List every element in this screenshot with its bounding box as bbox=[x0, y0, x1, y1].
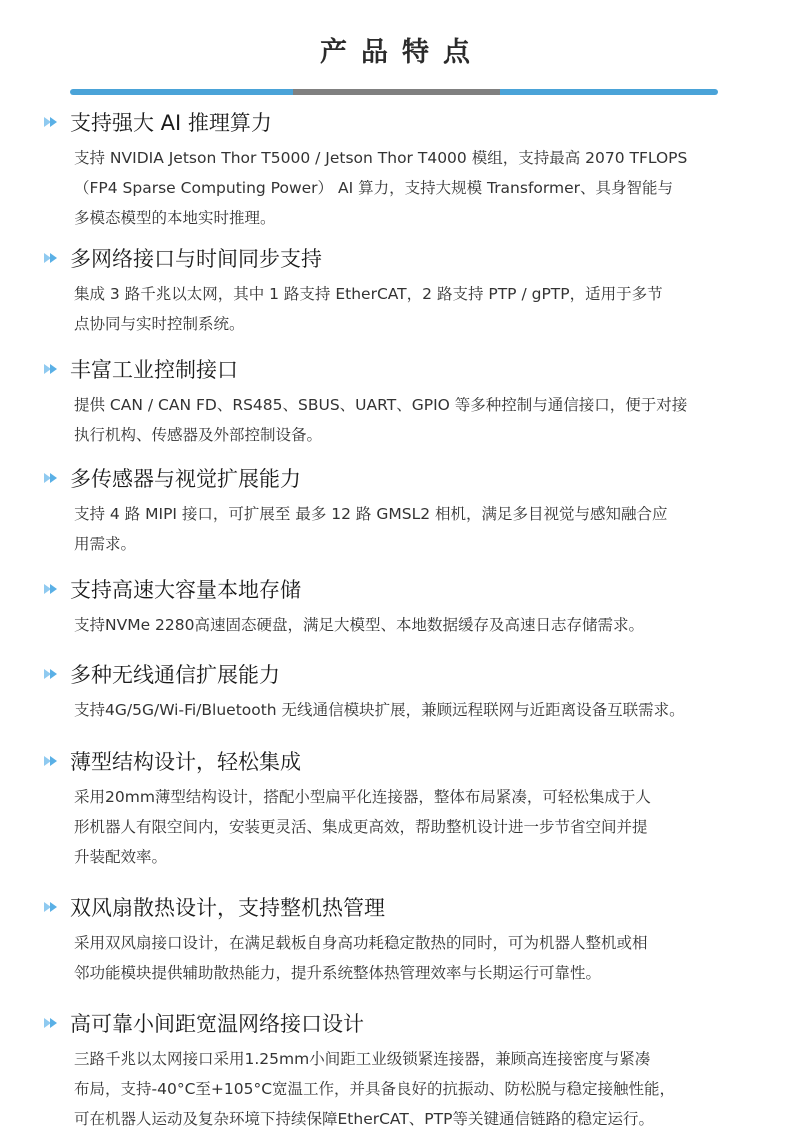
feature-title: 丰富工业控制接口 bbox=[70, 354, 238, 384]
fast-forward-icon bbox=[44, 756, 60, 766]
page-title: 产品特点 bbox=[0, 30, 790, 69]
feature-thin-design: 薄型结构设计，轻松集成 采用20mm薄型结构设计，搭配小型扁平化连接器，整体布局… bbox=[0, 746, 790, 872]
description-line: 用需求。 bbox=[74, 529, 744, 559]
feature-description: 采用20mm薄型结构设计，搭配小型扁平化连接器，整体布局紧凑，可轻松集成于人 形… bbox=[74, 782, 744, 872]
description-line: 采用20mm薄型结构设计，搭配小型扁平化连接器，整体布局紧凑，可轻松集成于人 bbox=[74, 782, 744, 812]
feature-sensor-vision: 多传感器与视觉扩展能力 支持 4 路 MIPI 接口，可扩展至 最多 12 路 … bbox=[0, 463, 790, 559]
fast-forward-icon bbox=[44, 669, 60, 679]
feature-title: 多种无线通信扩展能力 bbox=[70, 659, 280, 689]
description-line: 可在机器人运动及复杂环境下持续保障EtherCAT、PTP等关键通信链路的稳定运… bbox=[74, 1104, 744, 1134]
description-line: 升装配效率。 bbox=[74, 842, 744, 872]
feature-description: 提供 CAN / CAN FD、RS485、SBUS、UART、GPIO 等多种… bbox=[74, 390, 744, 450]
feature-title: 多传感器与视觉扩展能力 bbox=[70, 463, 301, 493]
fast-forward-icon bbox=[44, 584, 60, 594]
feature-description: 三路千兆以太网接口采用1.25mm小间距工业级锁紧连接器，兼顾高连接密度与紧凑 … bbox=[74, 1044, 744, 1134]
feature-ai-compute: 支持强大 AI 推理算力 支持 NVIDIA Jetson Thor T5000… bbox=[0, 107, 790, 233]
divider-segment-right bbox=[500, 89, 718, 95]
feature-title: 多网络接口与时间同步支持 bbox=[70, 243, 322, 273]
feature-title: 支持高速大容量本地存储 bbox=[70, 574, 301, 604]
fast-forward-icon bbox=[44, 902, 60, 912]
description-line: （FP4 Sparse Computing Power） AI 算力，支持大规模… bbox=[74, 173, 744, 203]
description-line: 多模态模型的本地实时推理。 bbox=[74, 203, 744, 233]
feature-storage: 支持高速大容量本地存储 支持NVMe 2280高速固态硬盘，满足大模型、本地数据… bbox=[0, 574, 790, 640]
fast-forward-icon bbox=[44, 1018, 60, 1028]
description-line: 支持 NVIDIA Jetson Thor T5000 / Jetson Tho… bbox=[74, 143, 744, 173]
description-line: 支持 4 路 MIPI 接口，可扩展至 最多 12 路 GMSL2 相机，满足多… bbox=[74, 499, 744, 529]
feature-description: 支持 4 路 MIPI 接口，可扩展至 最多 12 路 GMSL2 相机，满足多… bbox=[74, 499, 744, 559]
description-line: 三路千兆以太网接口采用1.25mm小间距工业级锁紧连接器，兼顾高连接密度与紧凑 bbox=[74, 1044, 744, 1074]
feature-description: 支持NVMe 2280高速固态硬盘，满足大模型、本地数据缓存及高速日志存储需求。 bbox=[74, 610, 744, 640]
feature-industrial-interfaces: 丰富工业控制接口 提供 CAN / CAN FD、RS485、SBUS、UART… bbox=[0, 354, 790, 450]
feature-network-sync: 多网络接口与时间同步支持 集成 3 路千兆以太网，其中 1 路支持 EtherC… bbox=[0, 243, 790, 339]
divider-segment-center bbox=[293, 89, 500, 95]
title-divider-bar bbox=[70, 89, 718, 95]
description-line: 邻功能模块提供辅助散热能力，提升系统整体热管理效率与长期运行可靠性。 bbox=[74, 958, 744, 988]
divider-segment-left bbox=[70, 89, 293, 95]
fast-forward-icon bbox=[44, 364, 60, 374]
feature-dual-fan-cooling: 双风扇散热设计，支持整机热管理 采用双风扇接口设计，在满足载板自身高功耗稳定散热… bbox=[0, 892, 790, 988]
feature-title: 支持强大 AI 推理算力 bbox=[70, 107, 272, 137]
feature-title: 高可靠小间距宽温网络接口设计 bbox=[70, 1008, 364, 1038]
feature-description: 支持 NVIDIA Jetson Thor T5000 / Jetson Tho… bbox=[74, 143, 744, 233]
description-line: 采用双风扇接口设计，在满足载板自身高功耗稳定散热的同时，可为机器人整机或相 bbox=[74, 928, 744, 958]
feature-description: 支持4G/5G/Wi-Fi/Bluetooth 无线通信模块扩展，兼顾远程联网与… bbox=[74, 695, 744, 725]
fast-forward-icon bbox=[44, 117, 60, 127]
fast-forward-icon bbox=[44, 253, 60, 263]
description-line: 执行机构、传感器及外部控制设备。 bbox=[74, 420, 744, 450]
feature-title: 薄型结构设计，轻松集成 bbox=[70, 746, 301, 776]
fast-forward-icon bbox=[44, 473, 60, 483]
feature-description: 采用双风扇接口设计，在满足载板自身高功耗稳定散热的同时，可为机器人整机或相 邻功… bbox=[74, 928, 744, 988]
description-line: 提供 CAN / CAN FD、RS485、SBUS、UART、GPIO 等多种… bbox=[74, 390, 744, 420]
description-line: 支持NVMe 2280高速固态硬盘，满足大模型、本地数据缓存及高速日志存储需求。 bbox=[74, 610, 744, 640]
feature-description: 集成 3 路千兆以太网，其中 1 路支持 EtherCAT，2 路支持 PTP … bbox=[74, 279, 744, 339]
description-line: 形机器人有限空间内，安装更灵活、集成更高效，帮助整机设计进一步节省空间并提 bbox=[74, 812, 744, 842]
description-line: 点协同与实时控制系统。 bbox=[74, 309, 744, 339]
description-line: 支持4G/5G/Wi-Fi/Bluetooth 无线通信模块扩展，兼顾远程联网与… bbox=[74, 695, 744, 725]
feature-title: 双风扇散热设计，支持整机热管理 bbox=[70, 892, 385, 922]
description-line: 集成 3 路千兆以太网，其中 1 路支持 EtherCAT，2 路支持 PTP … bbox=[74, 279, 744, 309]
feature-wide-temp-network: 高可靠小间距宽温网络接口设计 三路千兆以太网接口采用1.25mm小间距工业级锁紧… bbox=[0, 1008, 790, 1134]
description-line: 布局，支持-40°C至+105°C宽温工作，并具备良好的抗振动、防松脱与稳定接触… bbox=[74, 1074, 744, 1104]
feature-wireless: 多种无线通信扩展能力 支持4G/5G/Wi-Fi/Bluetooth 无线通信模… bbox=[0, 659, 790, 725]
